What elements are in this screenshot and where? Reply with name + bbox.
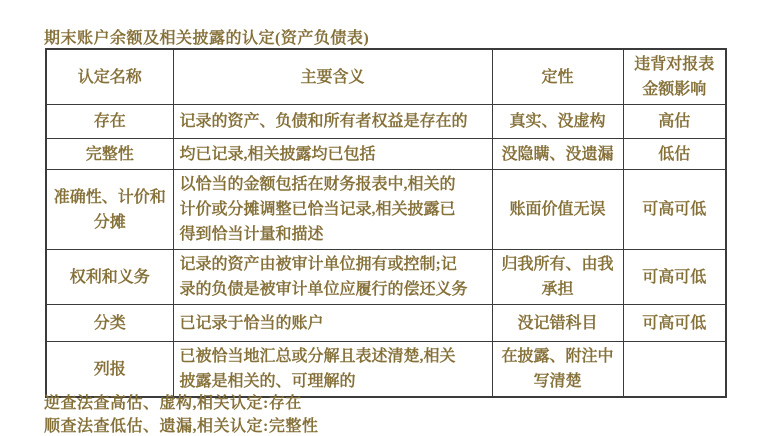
table-row-classification: 分类 已记录于恰当的账户 没记错科目 可高可低 [46,305,726,342]
table-row-rights-obligations: 权利和义务 记录的资产由被审计单位拥有或控制;记 录的负债是被审计单位应履行的偿… [46,250,726,305]
cell-meaning: 已被恰当地汇总或分解且表述清楚,相关 披露是相关的、可理解的 [173,342,492,398]
cell-assertion-name: 准确性、计价和 分摊 [46,170,173,250]
cell-qualitative: 没记错科目 [492,305,623,342]
cell-assertion-name: 列报 [46,342,173,398]
column-header-assertion-name: 认定名称 [46,49,173,105]
cell-assertion-name: 权利和义务 [46,250,173,305]
cell-meaning: 以恰当的金额包括在财务报表中,相关的 计价或分摊调整已恰当记录,相关披露已 得到… [173,170,492,250]
cell-assertion-name: 存在 [46,105,173,139]
cell-qualitative: 账面价值无误 [492,170,623,250]
cell-impact [623,342,726,398]
column-header-meaning: 主要含义 [173,49,492,105]
cell-qualitative: 归我所有、由我 承担 [492,250,623,305]
cell-meaning: 已记录于恰当的账户 [173,305,492,342]
cell-impact: 低估 [623,139,726,170]
cell-assertion-name: 完整性 [46,139,173,170]
cell-impact: 可高可低 [623,250,726,305]
cell-qualitative: 真实、没虚构 [492,105,623,139]
cell-impact: 高估 [623,105,726,139]
cell-meaning: 记录的资产、负债和所有者权益是存在的 [173,105,492,139]
cell-meaning: 记录的资产由被审计单位拥有或控制;记 录的负债是被审计单位应履行的偿还义务 [173,250,492,305]
table-header-row: 认定名称 主要含义 定性 违背对报表 金额影响 [46,49,726,105]
cell-impact: 可高可低 [623,170,726,250]
note-line-forward-check: 顺查法查低估、遗漏,相关认定:完整性 [44,415,318,436]
document-page: 期末账户余额及相关披露的认定(资产负债表) 认定名称 主要含义 定性 违背对报表… [0,0,768,436]
table-row-accuracy-valuation-allocation: 准确性、计价和 分摊 以恰当的金额包括在财务报表中,相关的 计价或分摊调整已恰当… [46,170,726,250]
cell-meaning: 均已记录,相关披露均已包括 [173,139,492,170]
footnotes: 逆查法查高估、虚构,相关认定:存在 顺查法查低估、遗漏,相关认定:完整性 [44,392,318,436]
cell-qualitative: 没隐瞒、没遗漏 [492,139,623,170]
page-title: 期末账户余额及相关披露的认定(资产负债表) [44,25,369,48]
column-header-impact: 违背对报表 金额影响 [623,49,726,105]
table-row-completeness: 完整性 均已记录,相关披露均已包括 没隐瞒、没遗漏 低估 [46,139,726,170]
cell-impact: 可高可低 [623,305,726,342]
table-row-presentation: 列报 已被恰当地汇总或分解且表述清楚,相关 披露是相关的、可理解的 在披露、附注… [46,342,726,398]
table-row-existence: 存在 记录的资产、负债和所有者权益是存在的 真实、没虚构 高估 [46,105,726,139]
column-header-qualitative: 定性 [492,49,623,105]
note-line-reverse-check: 逆查法查高估、虚构,相关认定:存在 [44,392,318,415]
assertions-table: 认定名称 主要含义 定性 违背对报表 金额影响 存在 记录的资产、负债和所有者权… [45,48,727,398]
cell-assertion-name: 分类 [46,305,173,342]
cell-qualitative: 在披露、附注中 写清楚 [492,342,623,398]
